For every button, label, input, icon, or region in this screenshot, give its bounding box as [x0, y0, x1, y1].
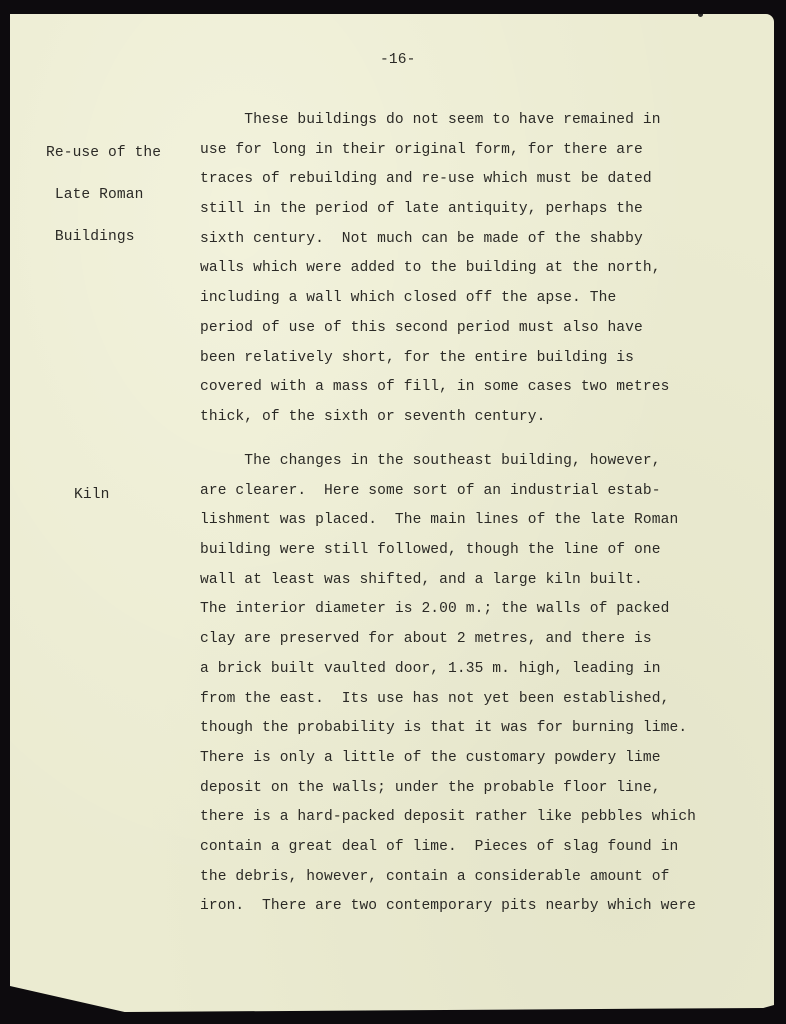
text-line: traces of rebuilding and re-use which mu… [200, 165, 669, 195]
margin-heading-line: Kiln [74, 488, 109, 502]
margin-heading-kiln: Kiln [74, 460, 109, 530]
text-line: iron. There are two contemporary pits ne… [200, 892, 696, 922]
text-line: from the east. Its use has not yet been … [200, 685, 696, 715]
margin-heading-line: Buildings [46, 230, 161, 244]
text-line: thick, of the sixth or seventh century. [200, 403, 669, 433]
text-line: lishment was placed. The main lines of t… [200, 506, 696, 536]
document-page: -16- Re-use of the Late Roman Buildings … [10, 14, 774, 1012]
text-line: there is a hard-packed deposit rather li… [200, 803, 696, 833]
text-line: wall at least was shifted, and a large k… [200, 566, 696, 596]
text-line: the debris, however, contain a considera… [200, 863, 696, 893]
text-line: though the probability is that it was fo… [200, 714, 696, 744]
text-line: are clearer. Here some sort of an indust… [200, 477, 696, 507]
text-line: still in the period of late antiquity, p… [200, 195, 669, 225]
text-line: deposit on the walls; under the probable… [200, 774, 696, 804]
margin-heading-reuse: Re-use of the Late Roman Buildings [46, 118, 161, 272]
margin-heading-line: Late Roman [46, 188, 161, 202]
text-line: use for long in their original form, for… [200, 136, 669, 166]
text-line: period of use of this second period must… [200, 314, 669, 344]
text-line: sixth century. Not much can be made of t… [200, 225, 669, 255]
text-line: covered with a mass of fill, in some cas… [200, 373, 669, 403]
text-line: walls which were added to the building a… [200, 254, 669, 284]
paragraph-kiln: The changes in the southeast building, h… [200, 447, 696, 922]
page-number: -16- [380, 52, 415, 68]
text-line: building were still followed, though the… [200, 536, 696, 566]
margin-heading-line: Re-use of the [46, 146, 161, 160]
paragraph-reuse: These buildings do not seem to have rema… [200, 106, 669, 433]
paper-blemish [698, 12, 703, 17]
text-line: contain a great deal of lime. Pieces of … [200, 833, 696, 863]
text-line: including a wall which closed off the ap… [200, 284, 669, 314]
text-line: These buildings do not seem to have rema… [200, 106, 669, 136]
text-line: There is only a little of the customary … [200, 744, 696, 774]
text-line: a brick built vaulted door, 1.35 m. high… [200, 655, 696, 685]
text-line: The changes in the southeast building, h… [200, 447, 696, 477]
text-line: The interior diameter is 2.00 m.; the wa… [200, 595, 696, 625]
text-line: been relatively short, for the entire bu… [200, 344, 669, 374]
text-line: clay are preserved for about 2 metres, a… [200, 625, 696, 655]
